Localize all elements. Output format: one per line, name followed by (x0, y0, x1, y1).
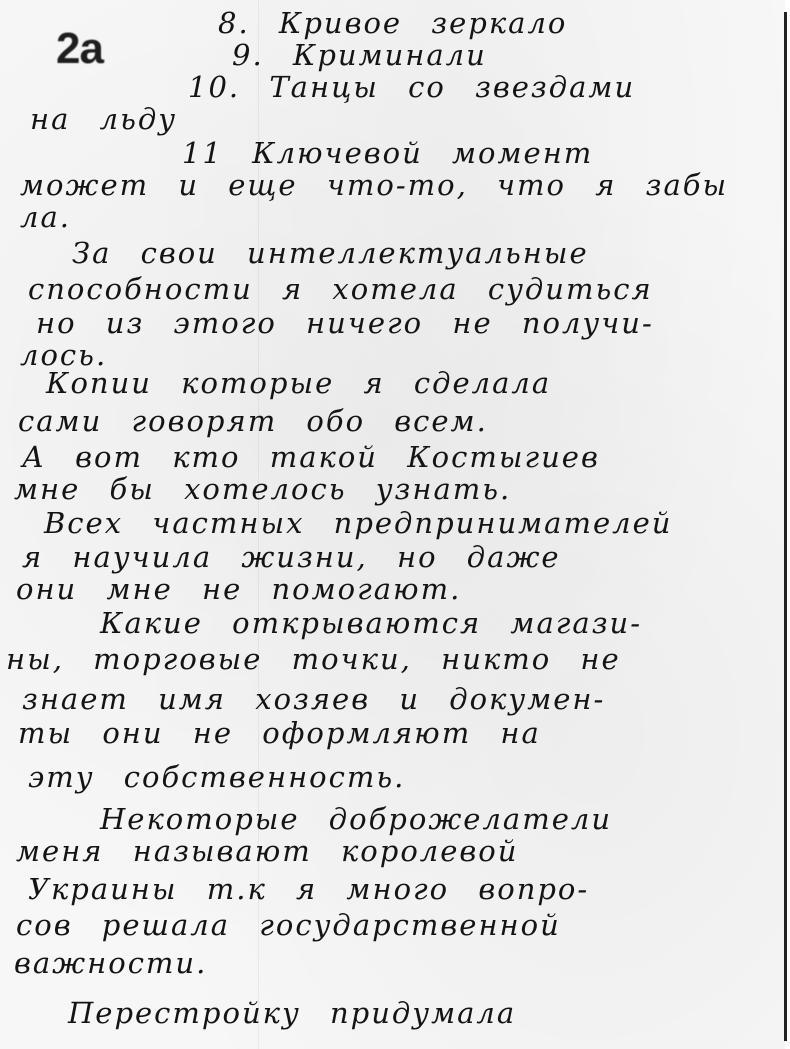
hw-line-1: 8. Кривое зеркало (218, 6, 567, 40)
hw-line-27: сов решала государственной (16, 908, 561, 942)
hw-line-25: меня называют королевой (16, 834, 518, 868)
hw-line-4: на льду (30, 102, 177, 136)
scanned-page: 2а 8. Кривое зеркало 9. Криминали 10. Та… (0, 0, 785, 1049)
hw-line-20: ны, торговые точки, никто не (6, 642, 621, 676)
page-edge-shadow (784, 12, 787, 1041)
hw-line-23: эту собственность. (28, 760, 405, 794)
hw-line-21: знает имя хозяев и докумен- (22, 682, 605, 716)
hw-line-29: Перестройку придумала (68, 996, 516, 1030)
hw-line-7: ла. (20, 200, 71, 234)
page-number-label: 2а (56, 24, 103, 74)
hw-line-3: 10. Танцы со звездами (188, 70, 635, 104)
hw-line-9: способности я хотела судиться (28, 272, 653, 306)
hw-line-16: Всех частных предпринимателей (44, 506, 672, 540)
hw-line-15: мне бы хотелось узнать. (14, 472, 511, 506)
hw-line-8: За свои интеллектуальные (72, 236, 589, 270)
hw-line-28: важности. (14, 946, 207, 980)
hw-line-17: я научила жизни, но даже (22, 540, 561, 574)
hw-line-5: 11 Ключевой момент (182, 136, 593, 170)
hw-line-2: 9. Криминали (232, 38, 487, 72)
hw-line-10: но из этого ничего не получи- (36, 306, 654, 340)
hw-line-12: Копии которые я сделала (46, 366, 551, 400)
hw-line-13: сами говорят обо всем. (18, 404, 488, 438)
hw-line-19: Какие открываются магази- (100, 606, 642, 640)
hw-line-14: А вот кто такой Костыгиев (22, 440, 600, 474)
hw-line-18: они мне не помогают. (16, 572, 461, 606)
hw-line-22: ты они не оформляют на (18, 716, 541, 750)
hw-line-26: Украины т.к я много вопро- (28, 872, 589, 906)
hw-line-24: Некоторые доброжелатели (100, 802, 612, 836)
hw-line-6: может и еще что-то, что я забы (20, 168, 728, 202)
